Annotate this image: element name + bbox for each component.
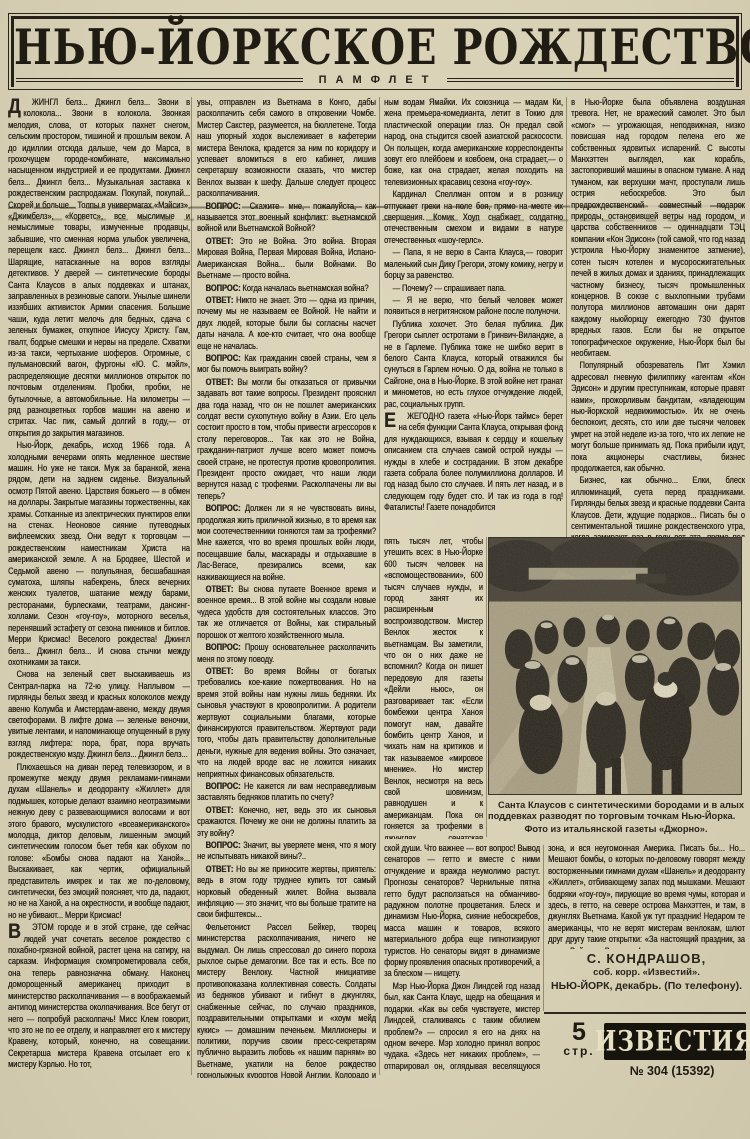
column-divider-bottom [543, 845, 544, 1011]
paragraph: ВОПРОС: Скажите мне, пожалуйста, как наз… [197, 201, 376, 235]
qa-lead: ВОПРОС: [206, 283, 243, 293]
photo-caption-text: Санта Клаусов с синтетическими бородами … [488, 800, 744, 821]
paragraph: увы, отправлен из Вьетнама в Конго, дабы… [197, 97, 376, 200]
pamphlet-rule-right [447, 78, 734, 82]
paragraph: Бизнес, как обычно... Елки, блеск иллюми… [571, 475, 745, 537]
santa-parade-photo-art [489, 538, 741, 794]
izvestia-logo-text: ИЗВЕСТИЯ [595, 1025, 750, 1057]
paragraph: Популярный обозреватель Пит Хэмил адресо… [571, 360, 745, 474]
paragraph: ВОПРОС: Когда началась вьетнамская война… [197, 283, 376, 294]
paragraph: Кардинал Спеллман оптом и в розницу отпу… [384, 189, 563, 246]
paragraph: ВЭТОМ городе и в этой стране, где сейчас… [8, 922, 190, 1070]
paragraph: ВОПРОС: Не кажется ли вам несправедливым… [197, 781, 376, 804]
masthead-box: НЬЮ-ЙОРКСКОЕ РОЖДЕСТВО ПАМФЛЕТ [8, 13, 742, 90]
text-column-1: ДЖИНГЛ белз... Джингл белз... Звони в ко… [8, 97, 190, 1078]
qa-lead: ОТВЕТ: [206, 236, 240, 246]
footer-rule [544, 1012, 746, 1014]
paragraph: Публика хохочет. Это белая публика. Дик … [384, 319, 563, 410]
paragraph: Снова на зеленый свет выскакиваешь из Се… [8, 669, 190, 760]
article-title: НЬЮ-ЙОРКСКОЕ РОЖДЕСТВО [14, 19, 736, 76]
qa-lead: ВОПРОС: [206, 353, 245, 363]
paragraph: ОТВЕТ: Никто не знает. Это — одна из при… [197, 295, 376, 352]
drop-cap: Д [8, 97, 23, 116]
qa-lead: ВОПРОС: [206, 503, 245, 513]
drop-cap: Е [384, 411, 398, 430]
column-divider-1 [191, 97, 192, 1075]
paragraph: ОТВЕТ: Но вы же приносите жертвы, прияте… [197, 864, 376, 921]
qa-lead: ОТВЕТ: [206, 864, 236, 874]
paragraph: ВОПРОС: Как гражданин своей страны, чем … [197, 353, 376, 376]
dateline: НЬЮ-ЙОРК, декабрь. (По телефону). [548, 980, 745, 992]
paragraph: пять тысяч лет, чтобы утешить всех: в Нь… [384, 536, 483, 839]
qa-lead: ОТВЕТ: [206, 584, 239, 594]
text-column-4-top: в Нью-Йорке была объявлена воздушная тре… [571, 97, 745, 537]
qa-lead: ОТВЕТ: [206, 666, 245, 676]
text-column-2: увы, отправлен из Вьетнама в Конго, дабы… [197, 97, 376, 1078]
paragraph: ской души. Что важнее — вот вопрос! Выво… [384, 843, 540, 980]
newspaper-page: { "masthead": { "title": "НЬЮ-ЙОРКСКОЕ Р… [0, 0, 750, 1139]
column-divider-beside-photo [486, 537, 487, 837]
author-signature: С. КОНДРАШОВ, соб. корр. «Известий». НЬЮ… [548, 951, 745, 992]
author-name: С. КОНДРАШОВ, [548, 951, 745, 966]
photo-caption: Санта Клаусов с синтетическими бородами … [488, 800, 744, 835]
paragraph: — Почему? — спрашивает папа. [384, 283, 563, 294]
text-column-3-bottom: ской души. Что важнее — вот вопрос! Выво… [384, 843, 540, 1073]
paragraph: — Я не верю, что белый человек может поя… [384, 295, 563, 318]
qa-lead: ВОПРОС: [206, 642, 245, 652]
qa-lead: ВОПРОС: [206, 840, 244, 850]
qa-lead: ВОПРОС: [206, 201, 250, 211]
paragraph: Мэр Нью-Йорка Джон Линдсей год назад был… [384, 981, 540, 1073]
paragraph: ВОПРОС: Значит, вы уверяете меня, что я … [197, 840, 376, 863]
qa-lead: ОТВЕТ: [206, 377, 238, 387]
paragraph: — Папа, я не верю в Санта Клауса,— говор… [384, 247, 563, 281]
paragraph: ОТВЕТ: Вы могли бы отказаться от привычк… [197, 377, 376, 502]
santa-parade-photo [488, 537, 742, 795]
text-column-4-bottom: зона, и вся неугомонная Америка. Писать … [548, 843, 745, 949]
paragraph: ОТВЕТ: Во время Войны от богатых требова… [197, 666, 376, 780]
text-column-3-top: ным водам Ямайки. Их союзница — мадам Ки… [384, 97, 563, 536]
column-divider-3 [566, 97, 567, 537]
paragraph: ЕЖЕГОДНО газета «Нью-Йорк таймс» берет н… [384, 411, 563, 514]
issue-number: № 304 (15392) [596, 1064, 748, 1078]
qa-lead: ВОПРОС: [206, 781, 244, 791]
paragraph: ВОПРОС: Прошу основательнее расколпачить… [197, 642, 376, 665]
paragraph: ДЖИНГЛ белз... Джингл белз... Звони в ко… [8, 97, 190, 439]
drop-cap: В [8, 922, 23, 941]
pamphlet-rule-left [16, 78, 303, 82]
paragraph: ВОПРОС: Должен ли я не чувствовать вины,… [197, 503, 376, 583]
paragraph: Плюхаешься на диван перед телевизором, и… [8, 762, 190, 922]
column-divider-2 [379, 97, 380, 1075]
qa-lead: ОТВЕТ: [206, 805, 240, 815]
paragraph: ОТВЕТ: Вы снова путаете Военное время и … [197, 584, 376, 641]
paragraph: Фельетонист Рассел Бейкер, творец минист… [197, 922, 376, 1078]
izvestia-logo: ИЗВЕСТИЯ [604, 1023, 746, 1060]
paragraph: ным водам Ямайки. Их союзница — мадам Ки… [384, 97, 563, 188]
masthead-inner-frame: НЬЮ-ЙОРКСКОЕ РОЖДЕСТВО ПАМФЛЕТ [11, 16, 739, 87]
photo-credit: Фото из итальянской газеты «Джорно». [488, 824, 744, 835]
paragraph: ОТВЕТ: Это не Война. Это война. Вторая М… [197, 236, 376, 282]
author-role: соб. корр. «Известий». [548, 967, 745, 978]
qa-lead: ОТВЕТ: [206, 295, 237, 305]
paragraph: Нью-Йорк, декабрь, исход 1966 года. А хо… [8, 440, 190, 668]
text-column-3-beside-photo: пять тысяч лет, чтобы утешить всех: в Нь… [384, 536, 483, 839]
paragraph: зона, и вся неугомонная Америка. Писать … [548, 843, 745, 949]
paragraph: в Нью-Йорке была объявлена воздушная тре… [571, 97, 745, 359]
paragraph: ОТВЕТ: Конечно, нет, ведь это их сыновья… [197, 805, 376, 839]
